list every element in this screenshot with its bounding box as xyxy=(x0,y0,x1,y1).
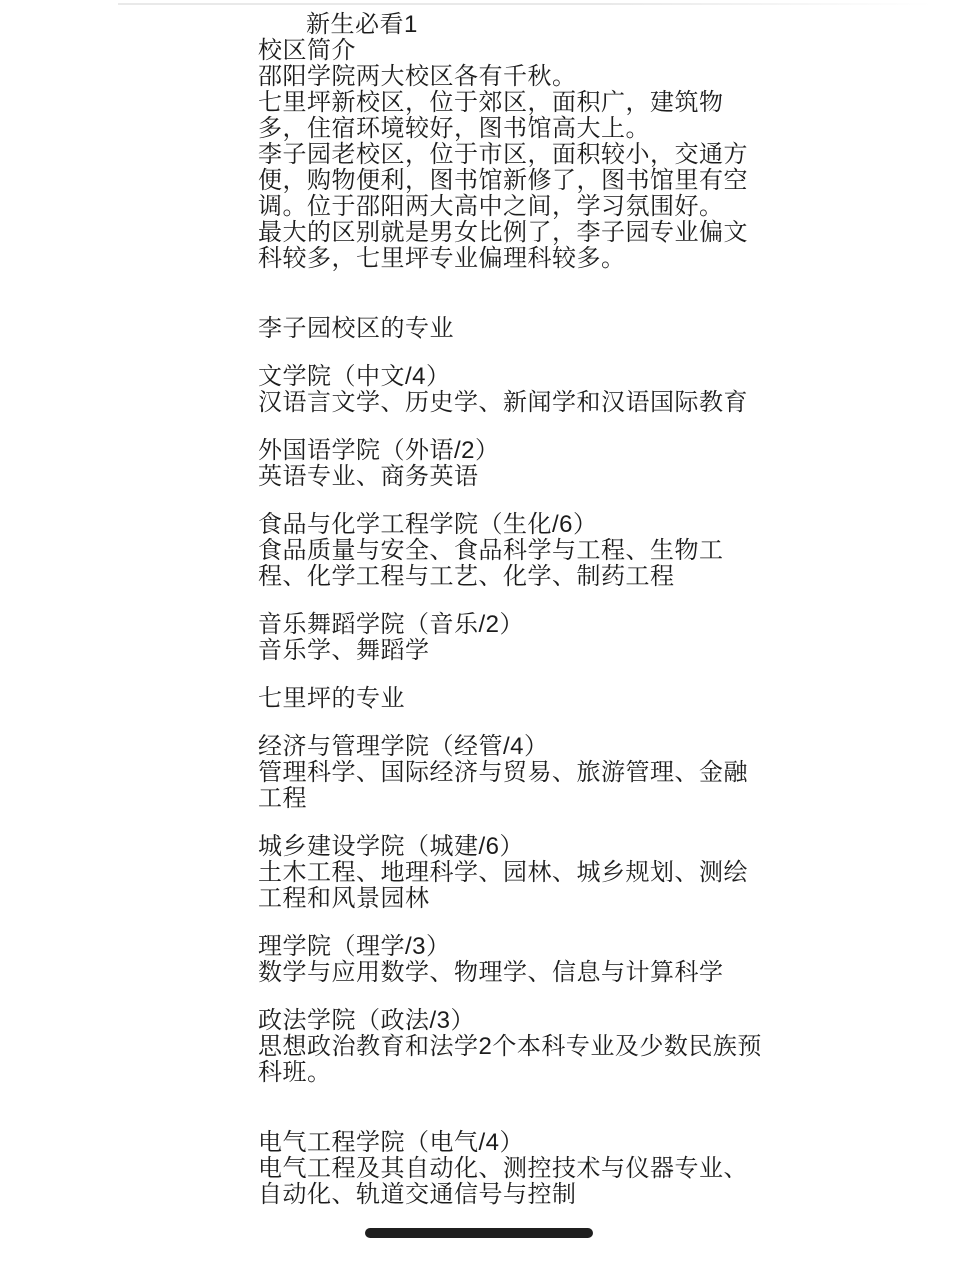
text-line: 工程和风景园林 xyxy=(258,886,728,912)
blank-line xyxy=(258,342,728,364)
text-line: 工程 xyxy=(258,786,728,812)
text-line: 土木工程、地理科学、园林、城乡规划、测绘 xyxy=(258,860,728,886)
note-title: 新生必看1 xyxy=(258,12,728,38)
text-line: 校区简介 xyxy=(258,38,728,64)
text-line: 思想政治教育和法学2个本科专业及少数民族预 xyxy=(258,1034,728,1060)
text-line: 自动化、轨道交通信号与控制 xyxy=(258,1182,728,1208)
blank-line xyxy=(258,712,728,734)
text-line: 多，住宿环境较好，图书馆高大上。 xyxy=(258,116,728,142)
blank-line xyxy=(258,986,728,1008)
text-line: 便，购物便利，图书馆新修了，图书馆里有空 xyxy=(258,168,728,194)
text-line: 李子园老校区，位于市区，面积较小，交通方 xyxy=(258,142,728,168)
text-line: 邵阳学院两大校区各有千秋。 xyxy=(258,64,728,90)
text-line: 城乡建设学院（城建/6） xyxy=(258,834,728,860)
blank-line xyxy=(258,812,728,834)
blank-line xyxy=(258,416,728,438)
text-line: 食品质量与安全、食品科学与工程、生物工 xyxy=(258,538,728,564)
text-line: 英语专业、商务英语 xyxy=(258,464,728,490)
text-line: 理学院（理学/3） xyxy=(258,934,728,960)
text-line: 外国语学院（外语/2） xyxy=(258,438,728,464)
text-line: 调。位于邵阳两大高中之间，学习氛围好。 xyxy=(258,194,728,220)
blank-line xyxy=(258,1108,728,1130)
text-line: 音乐舞蹈学院（音乐/2） xyxy=(258,612,728,638)
text-line: 程、化学工程与工艺、化学、制药工程 xyxy=(258,564,728,590)
text-line: 管理科学、国际经济与贸易、旅游管理、金融 xyxy=(258,760,728,786)
text-line: 最大的区别就是男女比例了，李子园专业偏文 xyxy=(258,220,728,246)
blank-line xyxy=(258,912,728,934)
blank-line xyxy=(258,664,728,686)
card-top-edge-divider xyxy=(118,3,933,5)
home-indicator-handle[interactable] xyxy=(365,1228,593,1238)
text-line: 李子园校区的专业 xyxy=(258,316,728,342)
text-line: 食品与化学工程学院（生化/6） xyxy=(258,512,728,538)
blank-line xyxy=(258,1086,728,1108)
text-line: 科班。 xyxy=(258,1060,728,1086)
text-line: 经济与管理学院（经管/4） xyxy=(258,734,728,760)
blank-line xyxy=(258,590,728,612)
text-line: 科较多，七里坪专业偏理科较多。 xyxy=(258,246,728,272)
text-line: 七里坪的专业 xyxy=(258,686,728,712)
text-line: 政法学院（政法/3） xyxy=(258,1008,728,1034)
text-line: 文学院（中文/4） xyxy=(258,364,728,390)
text-line: 数学与应用数学、物理学、信息与计算科学 xyxy=(258,960,728,986)
blank-line xyxy=(258,272,728,294)
note-text-body: 新生必看1校区简介邵阳学院两大校区各有千秋。七里坪新校区，位于郊区，面积广，建筑… xyxy=(258,12,728,1208)
phone-screenshot: 新生必看1校区简介邵阳学院两大校区各有千秋。七里坪新校区，位于郊区，面积广，建筑… xyxy=(0,0,960,1280)
text-line: 电气工程学院（电气/4） xyxy=(258,1130,728,1156)
text-line: 七里坪新校区，位于郊区，面积广，建筑物 xyxy=(258,90,728,116)
text-line: 电气工程及其自动化、测控技术与仪器专业、 xyxy=(258,1156,728,1182)
text-line: 音乐学、舞蹈学 xyxy=(258,638,728,664)
text-line: 汉语言文学、历史学、新闻学和汉语国际教育 xyxy=(258,390,728,416)
blank-line xyxy=(258,490,728,512)
blank-line xyxy=(258,294,728,316)
